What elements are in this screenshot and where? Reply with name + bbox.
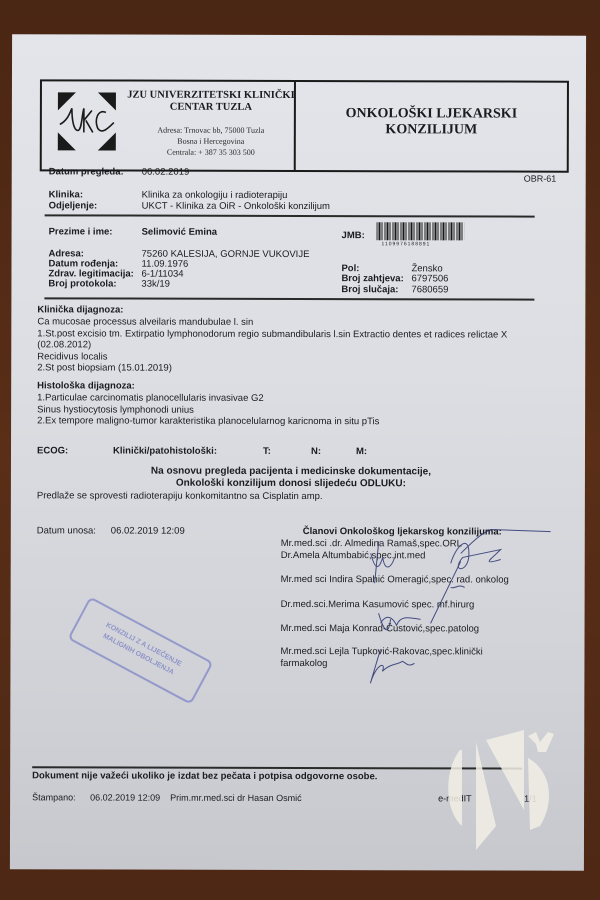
institution-name: JZU UNIVERZITETSKI KLINIČKI CENTAR TUZLA (126, 90, 296, 114)
ecog-label: ECOG: (37, 445, 68, 456)
clinical-diagnosis-text: Ca mucosae processus alveilaris mandubul… (37, 316, 507, 375)
council-member: Dr.Amela Altumbabić,spec.int.med (281, 550, 426, 562)
request-value: 6797506 (411, 273, 448, 284)
clinic-value: Klinika za onkologiju i radioterapiju (142, 190, 288, 201)
protocol-value: 33k/19 (141, 279, 170, 290)
council-member: farmakolog (280, 658, 327, 670)
council-member: Dr.med.sci.Merima Kasumović spec. mf.hir… (281, 599, 475, 611)
visit-date-label: Datum pregleda: (49, 166, 124, 177)
histological-diagnosis-text: 1.Particulae carcinomatis planocellulari… (37, 392, 379, 427)
jmb-label: JMB: (342, 230, 365, 241)
council-member: Mr.med sci Indira Spahić Omeragić,spec. … (281, 574, 509, 586)
printed-label: Štampano: (32, 792, 76, 802)
council-member: Mr.med.sci .dr. Almedina Ramaš,spec.ORL (281, 538, 462, 550)
clinic-label: Klinika: (49, 189, 83, 200)
t-label: T: (263, 446, 271, 457)
department-label: Odjeljenje: (49, 200, 98, 211)
entry-date-label: Datum unosa: (37, 525, 96, 536)
clinical-diagnosis-label: Klinička dijagnoza: (37, 304, 123, 315)
ukc-logo-icon (56, 90, 118, 152)
department-value: UKCT - Klinika za OiR - Onkološki konzil… (142, 201, 330, 212)
m-label: M: (356, 446, 367, 457)
council-member: Mr.med.sci Lejla Tupković-Rakovac,spec.k… (280, 646, 482, 658)
jmb-barcode-digits: 1109976188891 (382, 241, 431, 247)
printed-value: 06.02.2019 12:09 (90, 792, 160, 802)
visit-date-value: 06.02.2019 (142, 167, 190, 178)
printed-by: Prim.mr.med.sci dr Hasan Osmić (170, 793, 302, 803)
n1-tv-watermark-icon (440, 730, 570, 860)
institution-address: Adresa: Trnovac bb, 75000 Tuzla Bosna i … (126, 125, 296, 158)
divider (45, 214, 535, 217)
document-header: JZU UNIVERZITETSKI KLINIČKI CENTAR TUZLA… (40, 79, 569, 172)
patient-name-label: Prezime i ime: (49, 226, 113, 237)
institution-stamp: KONZILIJ Z A LIJEČENJE MALIGNIH OBOLJENJ… (67, 596, 213, 704)
document-title: ONKOLOŠKI LJEKARSKI KONZILIJUM (296, 106, 567, 139)
request-label: Broj zahtjeva: (341, 273, 403, 284)
clinical-staging-label: Klinički/patohistološki: (113, 446, 217, 457)
council-member: Mr.med.sci Maja Konrad-Čustović,spec.pat… (281, 623, 480, 635)
protocol-label: Broj protokola: (48, 278, 116, 289)
case-label: Broj slučaja: (341, 284, 398, 295)
form-code: OBR-61 (524, 174, 557, 184)
footer-disclaimer: Dokument nije važeći ukoliko je izdat be… (32, 770, 377, 782)
histological-diagnosis-label: Histološka dijagnoza: (37, 380, 135, 391)
n-label: N: (311, 446, 321, 457)
patient-name-value: Selimović Emina (142, 227, 218, 238)
divider (44, 297, 534, 300)
jmb-barcode (377, 222, 465, 240)
decision-heading: Na osnovu pregleda pacijenta i medicinsk… (11, 465, 571, 490)
case-value: 7680659 (411, 284, 448, 295)
decision-text: Predlaže se sprovesti radioterapiju konk… (37, 490, 323, 502)
entry-date-value: 06.02.2019 12:09 (111, 526, 185, 537)
council-heading: Članovi Onkološkog ljekarskog konzilijum… (303, 526, 502, 538)
